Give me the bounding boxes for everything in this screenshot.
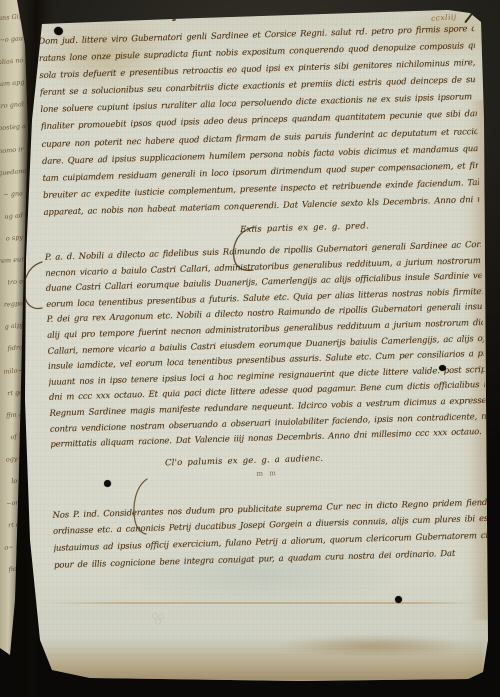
ink-blot	[395, 596, 402, 603]
heading-ornament: m m	[256, 463, 487, 478]
ink-blot	[104, 480, 111, 487]
manuscript-photo: ans Gig~o gaualias nolam apgtro gnalpost…	[0, 0, 500, 697]
ink-blot	[439, 365, 446, 371]
text-block: Dom jud. littere viro Gubernatori genli …	[38, 13, 490, 574]
paragraph-third-letter: Nos P. ind. Considerantes nos dudum pro …	[52, 495, 490, 574]
paragraph-first-letter: Dom jud. littere viro Gubernatori genli …	[38, 21, 479, 222]
paragraph-second-letter: P. a. d. Nobili a dilecto ac fidelibus s…	[45, 238, 487, 454]
section-heading-first: Exiis partis ex ge. g. pred.	[240, 218, 480, 235]
manuscript-page: ccxliij Dom jud. littere viro Gubernator…	[0, 0, 500, 697]
